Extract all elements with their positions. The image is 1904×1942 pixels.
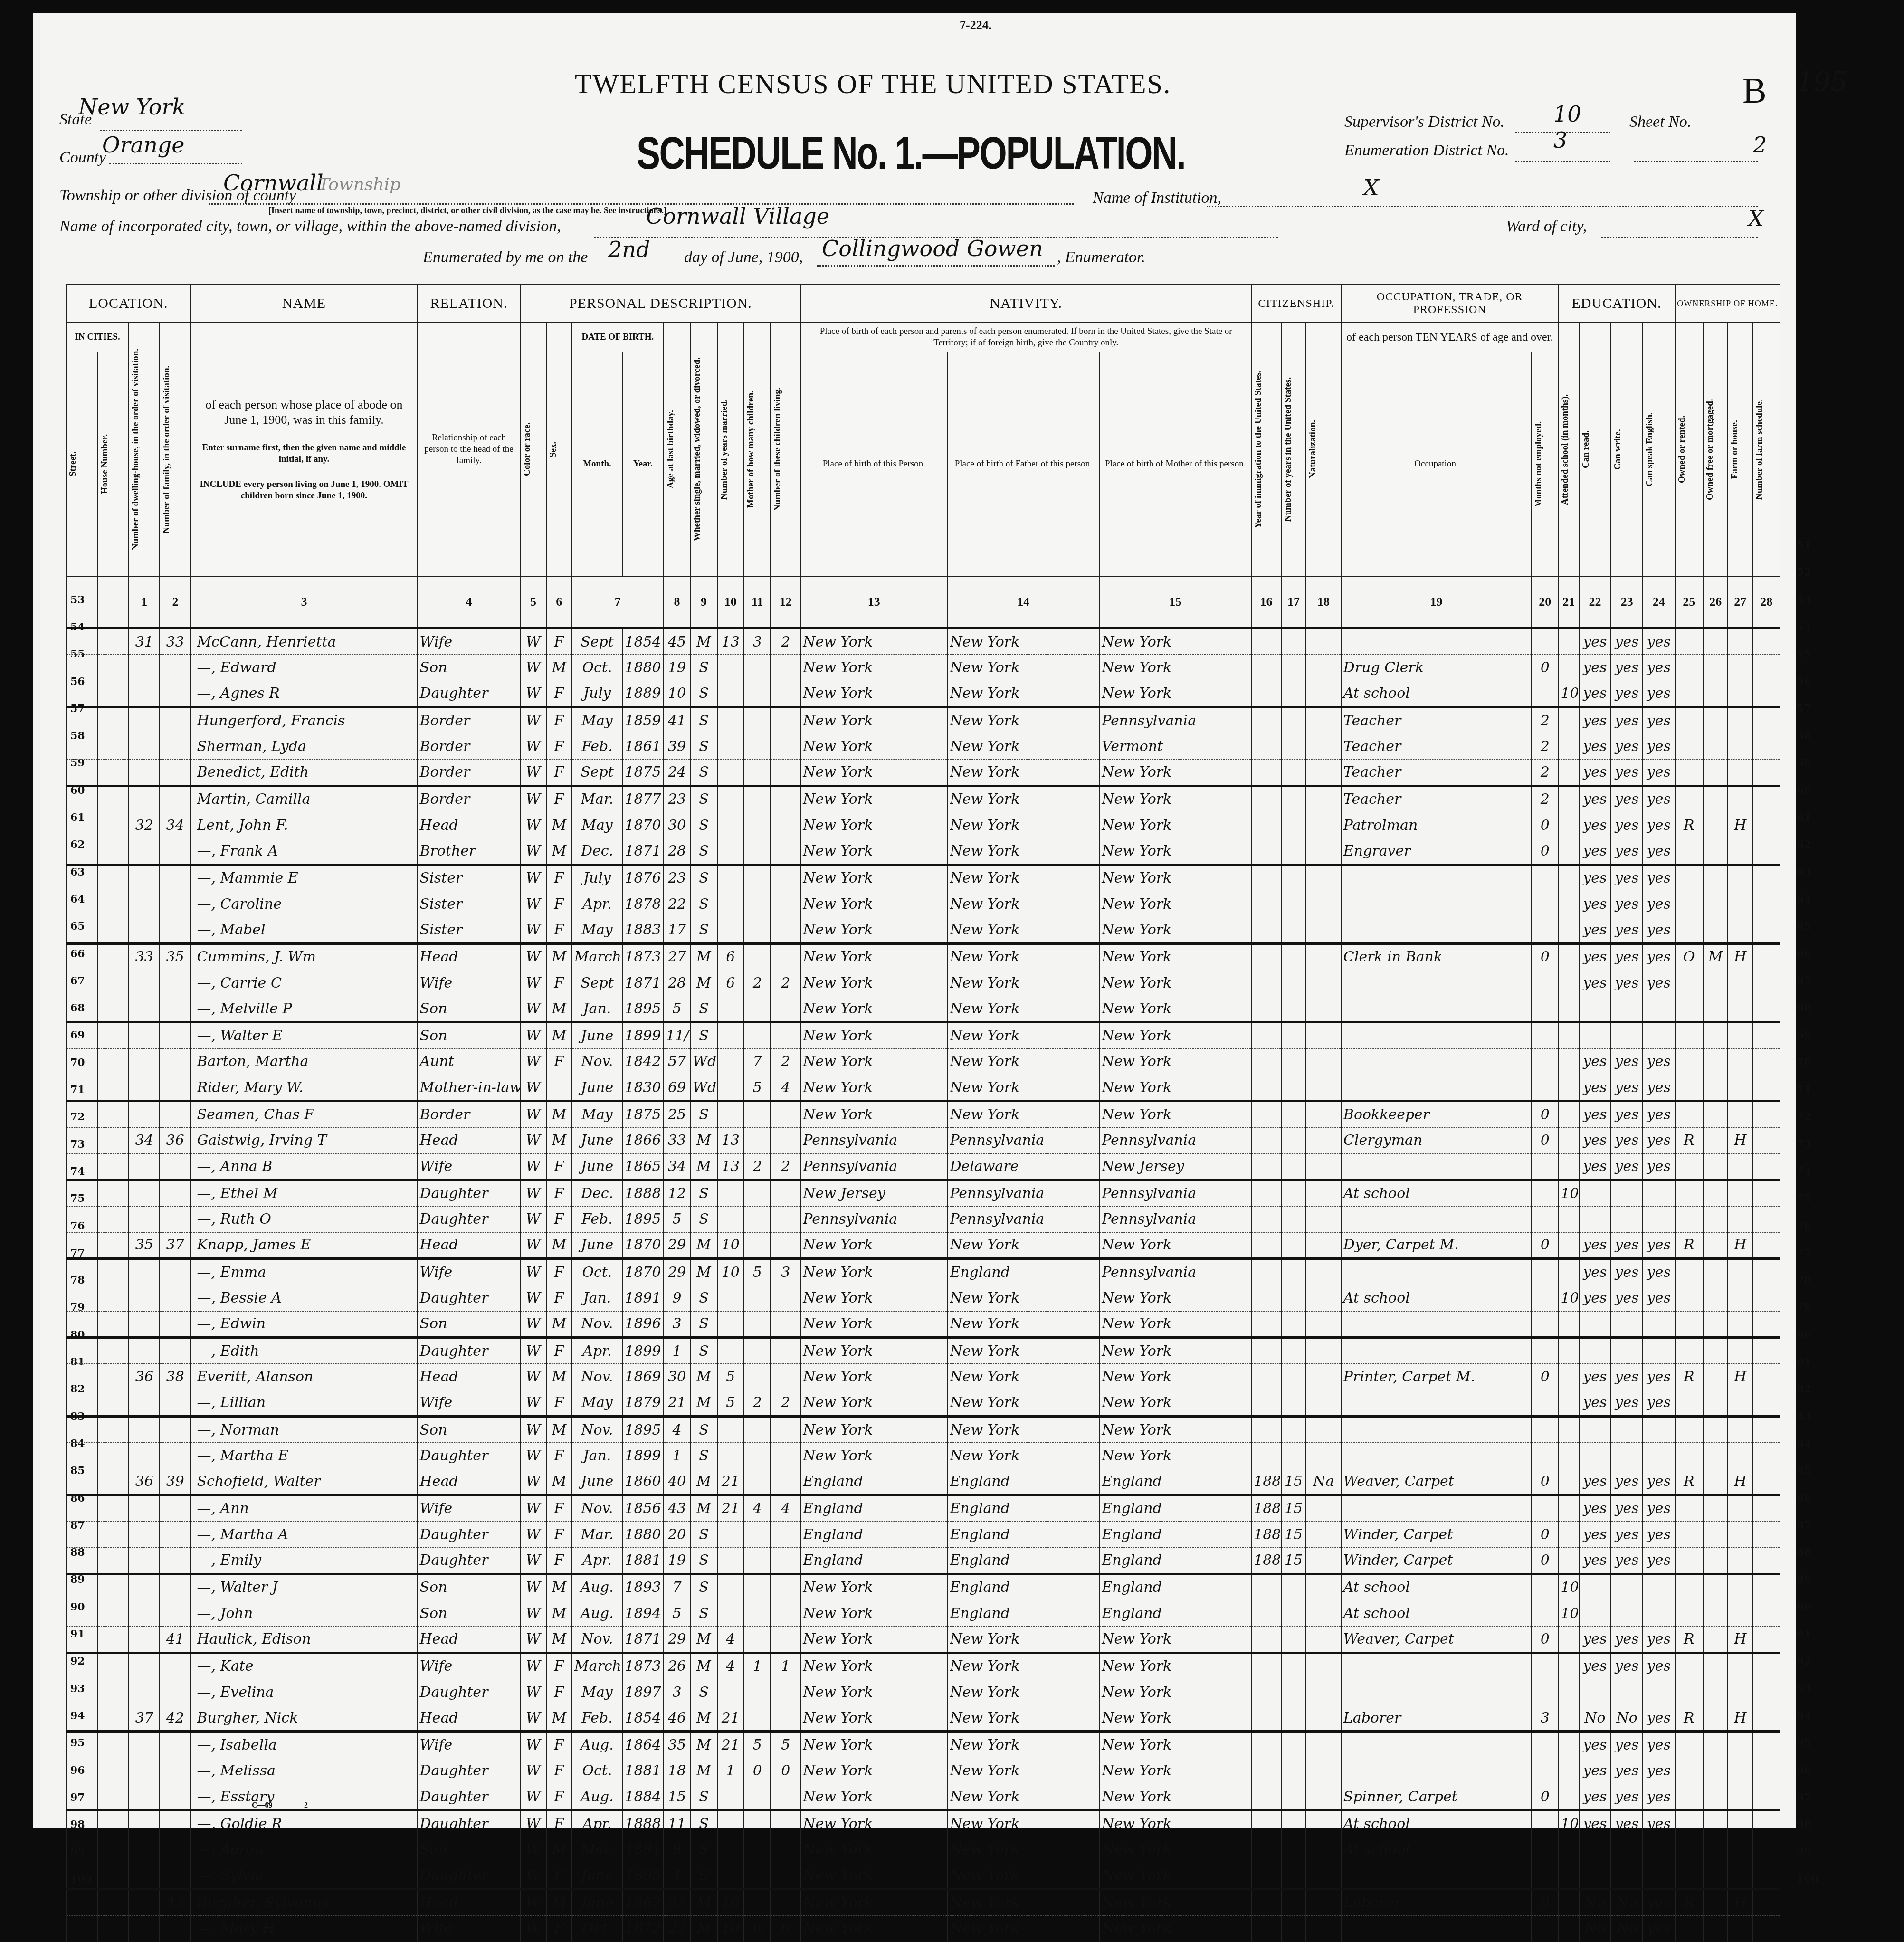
immigration-year xyxy=(1251,1600,1281,1626)
sex: M xyxy=(546,655,572,681)
birthplace-father: England xyxy=(947,1469,1099,1495)
family-number: 39 xyxy=(160,1469,190,1495)
person-name: —, Edith xyxy=(190,1338,417,1364)
birthplace-father: New York xyxy=(947,1443,1099,1469)
can-speak: yes xyxy=(1643,812,1675,838)
person-name: —, Ethel M xyxy=(190,1180,417,1206)
birthplace-father: New York xyxy=(947,1732,1099,1758)
sex: M xyxy=(546,1232,572,1258)
age: 33 xyxy=(664,1127,690,1153)
farm-house xyxy=(1728,1180,1752,1206)
can-speak: yes xyxy=(1643,891,1675,917)
months-unemployed: 0 xyxy=(1532,1627,1558,1653)
can-read: yes xyxy=(1579,970,1611,996)
color-race: W xyxy=(520,812,546,838)
birthplace-father: New York xyxy=(947,1075,1099,1101)
person-name: McCann, Henrietta xyxy=(190,628,417,655)
immigration-year xyxy=(1251,1127,1281,1153)
hdr-can-speak: Can speak English. xyxy=(1643,338,1656,561)
birth-year: 1879 xyxy=(622,1390,664,1416)
birthplace-mother: New York xyxy=(1099,1443,1251,1469)
children-living xyxy=(771,1232,800,1258)
attended-school: 10 xyxy=(1558,681,1579,707)
can-speak: yes xyxy=(1643,1075,1675,1101)
person-name: —, Goldie R xyxy=(190,1810,417,1837)
farm-schedule xyxy=(1752,707,1780,733)
age: 10 xyxy=(664,681,690,707)
family-number: 38 xyxy=(160,1364,190,1390)
can-write: yes xyxy=(1611,1153,1643,1180)
months-unemployed: 0 xyxy=(1532,1127,1558,1153)
age: 29 xyxy=(664,1627,690,1653)
color-race: W xyxy=(520,1206,546,1232)
street-cell xyxy=(66,1574,98,1600)
can-write: yes xyxy=(1611,1075,1643,1101)
street-cell xyxy=(66,812,98,838)
can-read: yes xyxy=(1579,1653,1611,1679)
children-living xyxy=(771,1679,800,1705)
street-cell xyxy=(66,760,98,786)
line-number: 76 xyxy=(1797,1220,1811,1232)
group-education: EDUCATION. xyxy=(1558,285,1675,323)
can-write: yes xyxy=(1611,917,1643,943)
farm-schedule xyxy=(1752,891,1780,917)
years-in-us xyxy=(1281,1837,1306,1843)
dwelling-number: 33 xyxy=(129,943,160,970)
years-married xyxy=(717,1285,744,1311)
family-number xyxy=(160,1390,190,1416)
birthplace-mother: England xyxy=(1099,1600,1251,1626)
family-number xyxy=(160,1679,190,1705)
street-cell xyxy=(66,996,98,1022)
can-speak: yes xyxy=(1643,1758,1675,1784)
age: 7 xyxy=(664,1574,690,1600)
naturalization xyxy=(1306,707,1341,733)
years-married xyxy=(717,1416,744,1442)
can-read xyxy=(1579,1311,1611,1337)
free-mortgaged xyxy=(1703,1679,1728,1705)
dwelling-number xyxy=(129,1416,160,1442)
owned-rented xyxy=(1675,1048,1704,1075)
months-unemployed xyxy=(1532,1837,1558,1843)
age: 29 xyxy=(664,1259,690,1285)
age: 30 xyxy=(664,1364,690,1390)
mother-of-children: 5 xyxy=(744,1732,771,1758)
age: 5 xyxy=(664,1206,690,1232)
birthplace-person: New York xyxy=(800,1022,947,1048)
dwelling-number: 31 xyxy=(129,628,160,655)
sex: F xyxy=(546,1495,572,1521)
relation: Wife xyxy=(418,1495,521,1521)
free-mortgaged xyxy=(1703,1600,1728,1626)
birth-month: Feb. xyxy=(572,1705,622,1732)
family-number xyxy=(160,1653,190,1679)
birth-month: May xyxy=(572,917,622,943)
line-number: 75 xyxy=(1797,1192,1811,1205)
mother-of-children xyxy=(744,1416,771,1442)
relation: Wife xyxy=(418,1259,521,1285)
can-read: yes xyxy=(1579,1259,1611,1285)
farm-schedule xyxy=(1752,1443,1780,1469)
farm-house xyxy=(1728,1390,1752,1416)
birthplace-person: New York xyxy=(800,1679,947,1705)
sex: F xyxy=(546,681,572,707)
mother-of-children xyxy=(744,1180,771,1206)
relation: Sister xyxy=(418,891,521,917)
years-married xyxy=(717,1810,744,1837)
birth-year: 1888 xyxy=(622,1180,664,1206)
birthplace-mother: England xyxy=(1099,1469,1251,1495)
street-cell xyxy=(66,1732,98,1758)
occupation: Teacher xyxy=(1341,707,1532,733)
months-unemployed: 0 xyxy=(1532,655,1558,681)
age: 28 xyxy=(664,970,690,996)
farm-schedule xyxy=(1752,1705,1780,1732)
birth-year: 1870 xyxy=(622,1232,664,1258)
occupation: Clergyman xyxy=(1341,1127,1532,1153)
marital-status: M xyxy=(690,943,717,970)
free-mortgaged xyxy=(1703,1653,1728,1679)
years-married xyxy=(717,733,744,760)
relation: Daughter xyxy=(418,1285,521,1311)
marital-status: M xyxy=(690,628,717,655)
mother-of-children xyxy=(744,943,771,970)
marital-status: S xyxy=(690,1416,717,1442)
can-speak xyxy=(1643,1416,1675,1442)
naturalization xyxy=(1306,628,1341,655)
farm-house xyxy=(1728,681,1752,707)
can-write: yes xyxy=(1611,1469,1643,1495)
can-speak: yes xyxy=(1643,1259,1675,1285)
birthplace-mother: England xyxy=(1099,1548,1251,1574)
children-living xyxy=(771,786,800,812)
can-read: yes xyxy=(1579,1784,1611,1810)
color-race: W xyxy=(520,943,546,970)
color-race: W xyxy=(520,1600,546,1626)
dwelling-number xyxy=(129,1495,160,1521)
immigration-year xyxy=(1251,1732,1281,1758)
birth-month: June xyxy=(572,1469,622,1495)
free-mortgaged xyxy=(1703,1837,1728,1843)
house-number-cell xyxy=(98,812,129,838)
years-married xyxy=(717,655,744,681)
immigration-year xyxy=(1251,1206,1281,1232)
farm-schedule xyxy=(1752,1469,1780,1495)
years-married xyxy=(717,1075,744,1101)
mother-of-children xyxy=(744,1469,771,1495)
marital-status: S xyxy=(690,1522,717,1548)
years-married: 21 xyxy=(717,1732,744,1758)
person-name: —, Martha E xyxy=(190,1443,417,1469)
birth-year: 1866 xyxy=(622,1127,664,1153)
birthplace-father: New York xyxy=(947,681,1099,707)
farm-house xyxy=(1728,865,1752,891)
column-number: 17 xyxy=(1281,576,1306,628)
naturalization xyxy=(1306,812,1341,838)
occupation: Printer, Carpet M. xyxy=(1341,1364,1532,1390)
family-number: 36 xyxy=(160,1127,190,1153)
birthplace-person: New York xyxy=(800,655,947,681)
sex: F xyxy=(546,1732,572,1758)
color-race: W xyxy=(520,1075,546,1101)
can-read: yes xyxy=(1579,1548,1611,1574)
color-race: W xyxy=(520,1679,546,1705)
birth-year: 1891 xyxy=(622,1837,664,1843)
can-speak: yes xyxy=(1643,655,1675,681)
birth-month: Nov. xyxy=(572,1627,622,1653)
occupation xyxy=(1341,1732,1532,1758)
birthplace-person: New York xyxy=(800,1338,947,1364)
birthplace-mother: New York xyxy=(1099,865,1251,891)
marital-status: S xyxy=(690,838,717,865)
occupation: At school xyxy=(1341,1574,1532,1600)
hdr-attended-school: Attended school (in months). xyxy=(1559,338,1572,561)
marital-status: M xyxy=(690,1627,717,1653)
can-speak: yes xyxy=(1643,733,1675,760)
occupation: Teacher xyxy=(1341,760,1532,786)
line-number: 88 xyxy=(1797,1546,1811,1559)
farm-house xyxy=(1728,1443,1752,1469)
free-mortgaged xyxy=(1703,1311,1728,1337)
sex: M xyxy=(546,1627,572,1653)
years-married: 21 xyxy=(717,1705,744,1732)
free-mortgaged xyxy=(1703,1705,1728,1732)
sex: F xyxy=(546,1443,572,1469)
can-speak xyxy=(1643,1443,1675,1469)
birthplace-mother: New York xyxy=(1099,970,1251,996)
column-number: 12 xyxy=(771,576,800,628)
family-number: 37 xyxy=(160,1232,190,1258)
farm-house xyxy=(1728,1758,1752,1784)
farm-house xyxy=(1728,1311,1752,1337)
mother-of-children: 2 xyxy=(744,970,771,996)
immigration-year xyxy=(1251,838,1281,865)
children-living xyxy=(771,812,800,838)
sex: M xyxy=(546,943,572,970)
can-write: yes xyxy=(1611,1364,1643,1390)
years-married xyxy=(717,786,744,812)
line-number: 83 xyxy=(1797,1410,1811,1423)
farm-schedule xyxy=(1752,1548,1780,1574)
farm-schedule xyxy=(1752,655,1780,681)
attended-school xyxy=(1558,1048,1579,1075)
table-row: 3638Everitt, AlansonHeadWMNov.186930M5Ne… xyxy=(66,1364,1780,1390)
table-row: —, JohnSonWMAug.18945SNew YorkEnglandEng… xyxy=(66,1600,1780,1626)
street-cell xyxy=(66,838,98,865)
street-cell xyxy=(66,1127,98,1153)
can-write: yes xyxy=(1611,1653,1643,1679)
free-mortgaged xyxy=(1703,1548,1728,1574)
family-number xyxy=(160,1048,190,1075)
years-in-us: 15 xyxy=(1281,1469,1306,1495)
birth-month: Aug. xyxy=(572,1784,622,1810)
naturalization xyxy=(1306,1837,1341,1843)
can-write xyxy=(1611,1180,1643,1206)
can-write: yes xyxy=(1611,1285,1643,1311)
children-living xyxy=(771,1364,800,1390)
marital-status: M xyxy=(690,970,717,996)
line-number: 69 xyxy=(1797,1029,1811,1041)
attended-school xyxy=(1558,1653,1579,1679)
house-number-cell xyxy=(98,1075,129,1101)
column-number xyxy=(98,576,129,628)
relation: Wife xyxy=(418,1390,521,1416)
street-cell xyxy=(66,891,98,917)
can-write: yes xyxy=(1611,1232,1643,1258)
dwelling-number xyxy=(129,1679,160,1705)
farm-schedule xyxy=(1752,733,1780,760)
attended-school: 10 xyxy=(1558,1285,1579,1311)
birthplace-father: New York xyxy=(947,1390,1099,1416)
immigration-year xyxy=(1251,812,1281,838)
house-number-cell xyxy=(98,1732,129,1758)
color-race: W xyxy=(520,681,546,707)
dwelling-number xyxy=(129,681,160,707)
family-number xyxy=(160,733,190,760)
occupation: Teacher xyxy=(1341,733,1532,760)
farm-house xyxy=(1728,733,1752,760)
naturalization xyxy=(1306,655,1341,681)
attended-school xyxy=(1558,1364,1579,1390)
can-speak xyxy=(1643,1338,1675,1364)
birthplace-father: New York xyxy=(947,1232,1099,1258)
color-race: W xyxy=(520,1153,546,1180)
farm-house: H xyxy=(1728,1627,1752,1653)
age: 39 xyxy=(664,733,690,760)
hdr-birth-mother: Place of birth of Mother of this person. xyxy=(1099,352,1251,576)
birth-year: 1894 xyxy=(622,1600,664,1626)
occupation: Winder, Carpet xyxy=(1341,1522,1532,1548)
enumeration-label: Enumeration District No. xyxy=(1344,142,1509,160)
owned-rented xyxy=(1675,838,1704,865)
years-in-us xyxy=(1281,1311,1306,1337)
hdr-owned-rented: Owned or rented. xyxy=(1676,338,1689,561)
birth-month: March xyxy=(572,1653,622,1679)
family-number xyxy=(160,1495,190,1521)
birthplace-father: New York xyxy=(947,1758,1099,1784)
color-race: W xyxy=(520,1364,546,1390)
person-name: —, Kate xyxy=(190,1653,417,1679)
free-mortgaged xyxy=(1703,681,1728,707)
hdr-free-mortgaged: Owned free or mortgaged. xyxy=(1704,338,1717,561)
street-cell xyxy=(66,1679,98,1705)
months-unemployed: 0 xyxy=(1532,943,1558,970)
birthplace-person: New York xyxy=(800,1574,947,1600)
birth-year: 1880 xyxy=(622,1522,664,1548)
attended-school xyxy=(1558,1101,1579,1127)
attended-school: 10 xyxy=(1558,1574,1579,1600)
can-speak xyxy=(1643,1180,1675,1206)
street-cell xyxy=(66,786,98,812)
house-number-cell xyxy=(98,1127,129,1153)
mother-of-children: 3 xyxy=(744,628,771,655)
age: 19 xyxy=(664,1548,690,1574)
can-read xyxy=(1579,1180,1611,1206)
months-unemployed xyxy=(1532,1180,1558,1206)
can-read: yes xyxy=(1579,1758,1611,1784)
children-living xyxy=(771,1180,800,1206)
sheet-line xyxy=(1634,161,1758,162)
owned-rented xyxy=(1675,1416,1704,1442)
immigration-year xyxy=(1251,943,1281,970)
owned-rented xyxy=(1675,970,1704,996)
farm-schedule xyxy=(1752,1810,1780,1837)
years-in-us xyxy=(1281,1679,1306,1705)
can-read: yes xyxy=(1579,786,1611,812)
color-race: W xyxy=(520,1338,546,1364)
can-speak xyxy=(1643,1206,1675,1232)
color-race: W xyxy=(520,655,546,681)
years-married xyxy=(717,812,744,838)
can-read: yes xyxy=(1579,760,1611,786)
naturalization xyxy=(1306,996,1341,1022)
birthplace-person: Pennsylvania xyxy=(800,1153,947,1180)
can-speak: yes xyxy=(1643,1048,1675,1075)
birthplace-father: England xyxy=(947,1259,1099,1285)
person-name: Schofield, Walter xyxy=(190,1469,417,1495)
children-living xyxy=(771,1311,800,1337)
naturalization xyxy=(1306,1206,1341,1232)
dwelling-number xyxy=(129,1180,160,1206)
free-mortgaged xyxy=(1703,1232,1728,1258)
hdr-marital: Whether single, married, widowed, or div… xyxy=(691,338,704,561)
farm-schedule xyxy=(1752,1364,1780,1390)
can-read: yes xyxy=(1579,1232,1611,1258)
line-number: 72 xyxy=(1797,1111,1811,1123)
line-number: 63 xyxy=(1797,866,1811,878)
can-read: yes xyxy=(1579,865,1611,891)
line-number: 86 xyxy=(1797,1492,1811,1504)
years-married xyxy=(717,1574,744,1600)
birthplace-father: Pennsylvania xyxy=(947,1127,1099,1153)
birth-year: 1873 xyxy=(622,943,664,970)
line-number: 87 xyxy=(1797,1519,1811,1532)
table-row: —, AnnWifeWFNov.185643M2144EnglandEnglan… xyxy=(66,1495,1780,1521)
street-cell xyxy=(66,707,98,733)
birthplace-mother: New York xyxy=(1099,1758,1251,1784)
mother-of-children xyxy=(744,1338,771,1364)
birthplace-father: Pennsylvania xyxy=(947,1206,1099,1232)
column-number: 9 xyxy=(690,576,717,628)
years-married: 4 xyxy=(717,1653,744,1679)
attended-school xyxy=(1558,1443,1579,1469)
house-number-cell xyxy=(98,1522,129,1548)
line-number: 58 xyxy=(1797,730,1811,742)
color-race: W xyxy=(520,917,546,943)
marital-status: M xyxy=(690,1495,717,1521)
sex: F xyxy=(546,1679,572,1705)
marital-status: S xyxy=(690,733,717,760)
marital-status: M xyxy=(690,1127,717,1153)
birth-month: Jan. xyxy=(572,1285,622,1311)
dwelling-number xyxy=(129,1390,160,1416)
birth-month: Sept xyxy=(572,760,622,786)
table-row: Benedict, EdithBorderWFSept187524SNew Yo… xyxy=(66,760,1780,786)
children-living xyxy=(771,1574,800,1600)
county-value: Orange xyxy=(102,132,184,158)
attended-school xyxy=(1558,760,1579,786)
immigration-year xyxy=(1251,970,1281,996)
years-in-us xyxy=(1281,1259,1306,1285)
street-cell xyxy=(66,1206,98,1232)
years-married xyxy=(717,917,744,943)
free-mortgaged xyxy=(1703,1627,1728,1653)
family-number xyxy=(160,1338,190,1364)
farm-schedule xyxy=(1752,996,1780,1022)
line-number: 90 xyxy=(1797,1601,1811,1613)
line-number: 74 xyxy=(1797,1165,1811,1178)
attended-school xyxy=(1558,1390,1579,1416)
